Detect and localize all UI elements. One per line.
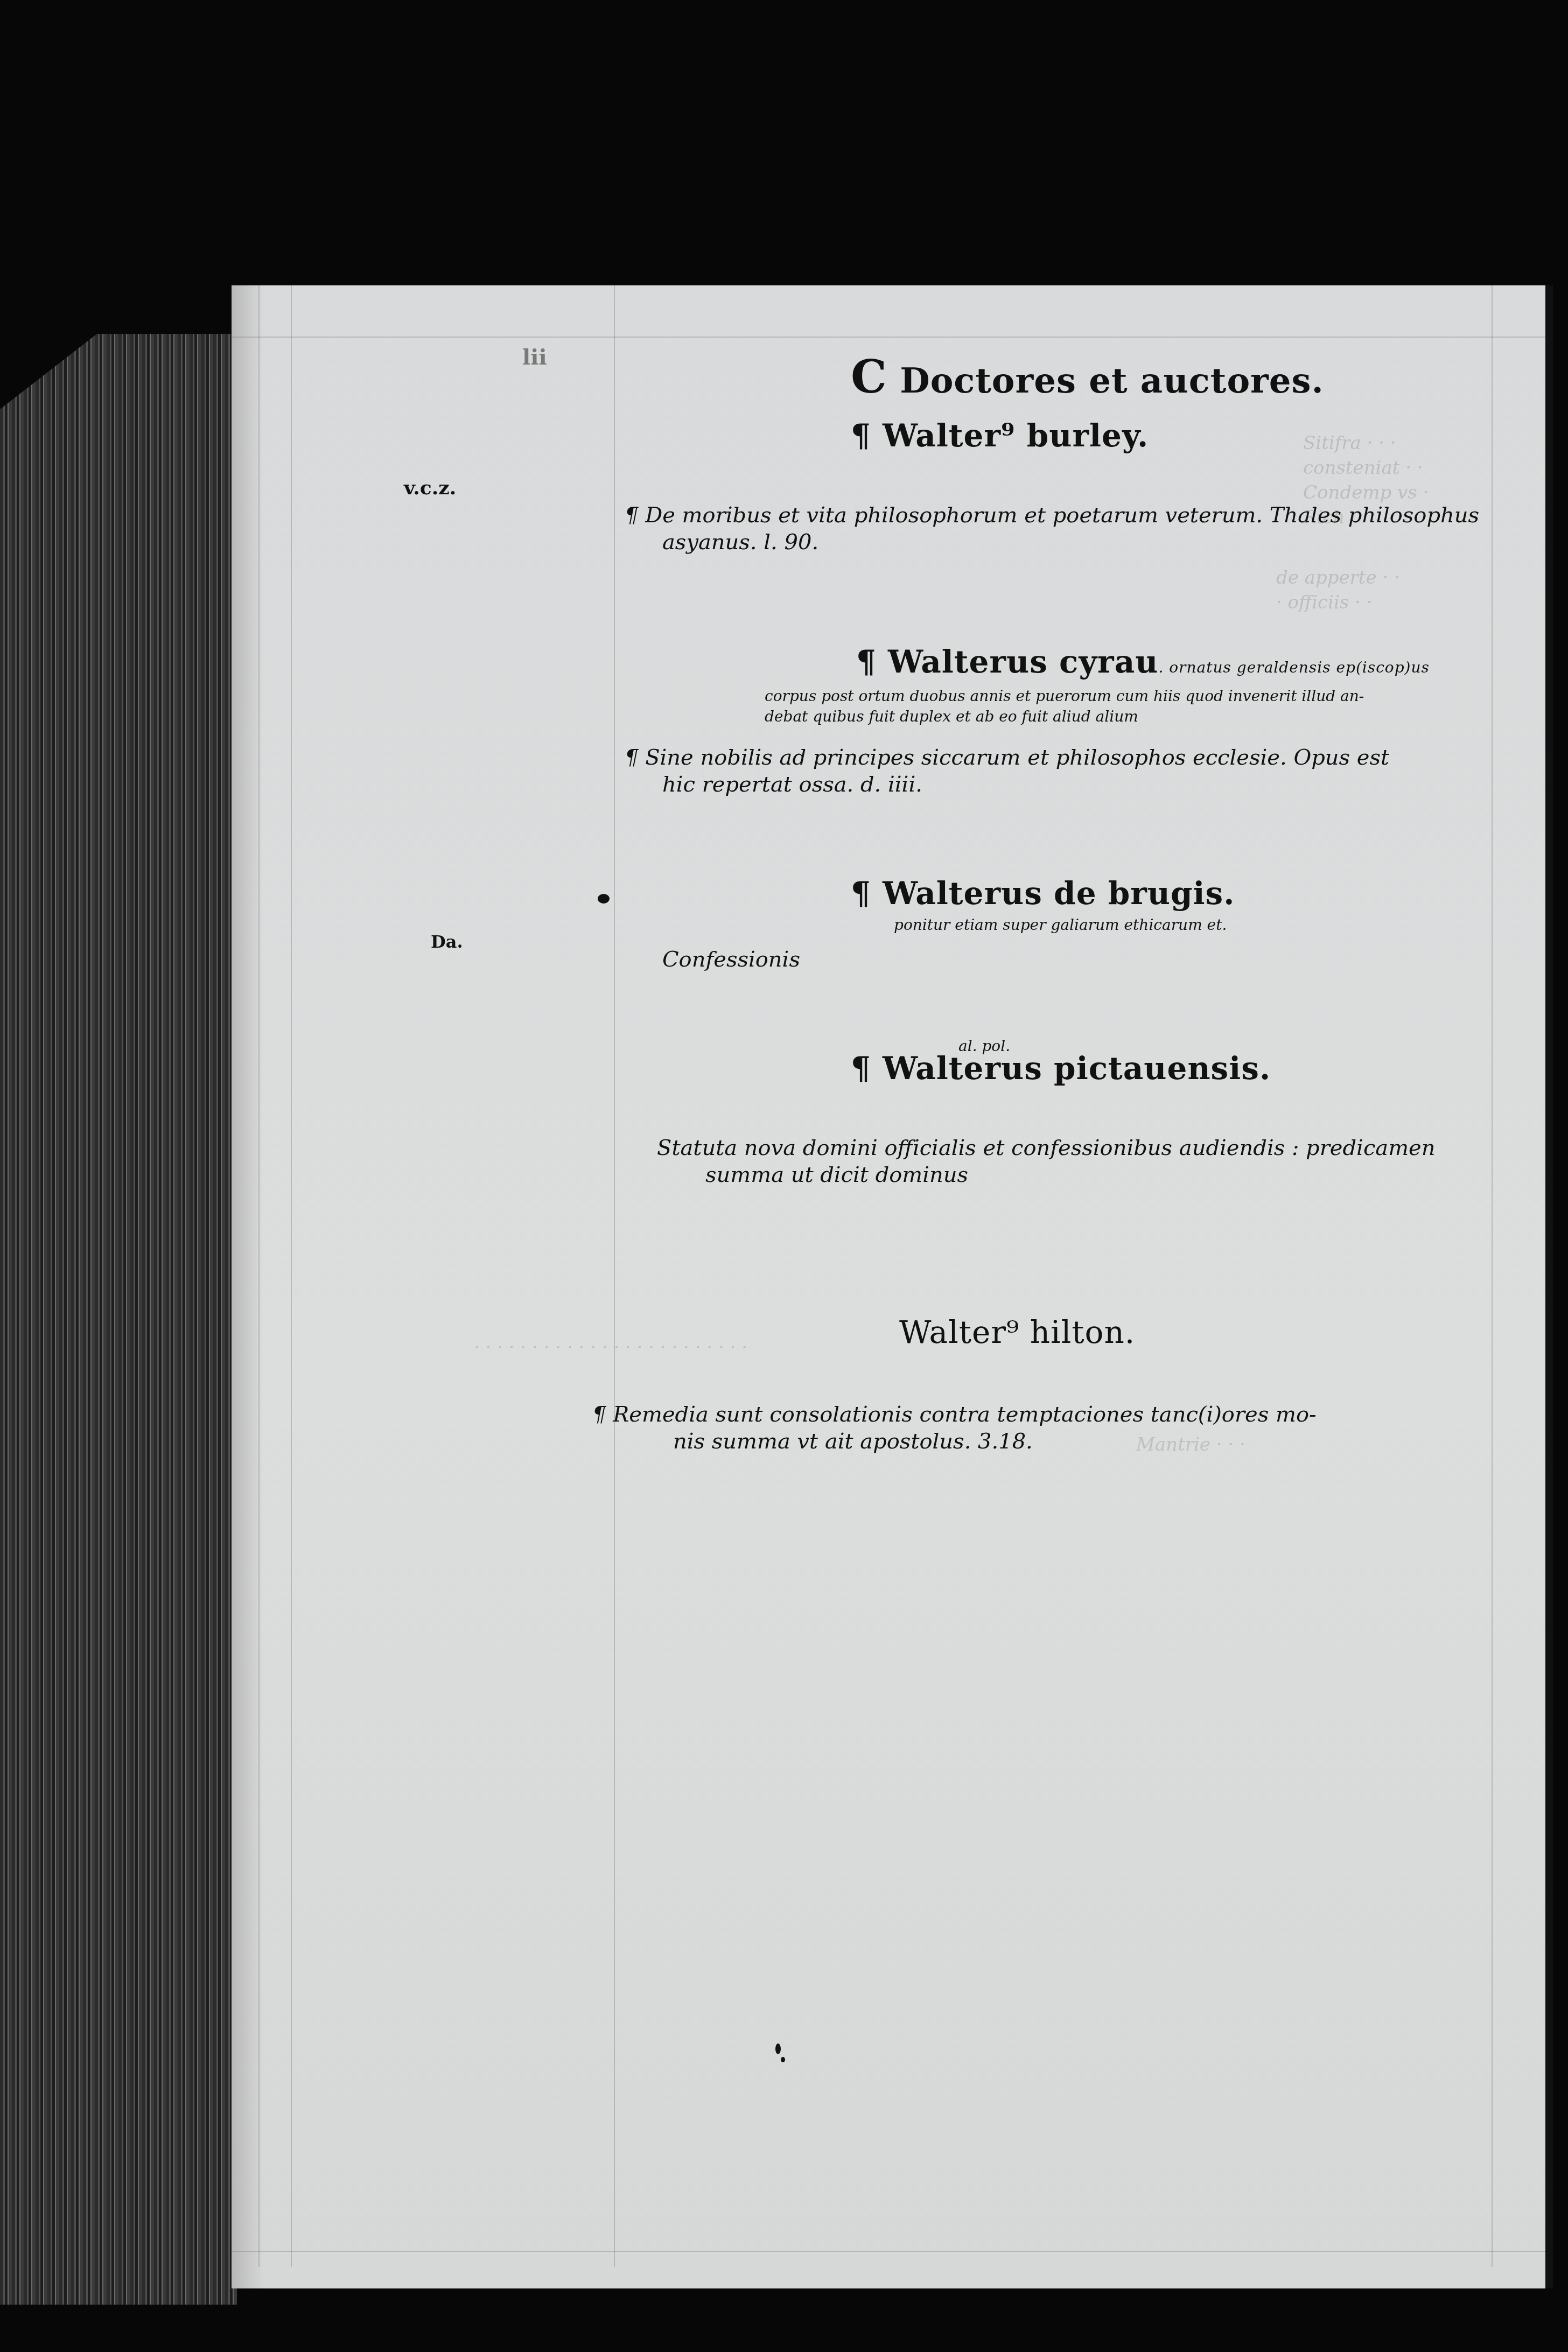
title-initial: C: [851, 350, 887, 403]
ink-speck: [781, 2057, 785, 2062]
entry-text-line: Statuta nova domini officialis et confes…: [657, 1133, 1436, 1163]
entry-text-line: ¶ Remedia sunt consolationis contra temp…: [592, 1400, 1317, 1429]
title-text: Doctores et auctores.: [900, 361, 1324, 401]
entry-text-line: asyanus. l. 90.: [662, 528, 818, 557]
ruling-line: [232, 2251, 1545, 2252]
paragraph-mark-icon: ¶: [856, 643, 877, 680]
book-text-block-edge: [0, 334, 237, 2305]
entry-text-line: ¶ De moribus et vita philosophorum et po…: [625, 501, 1479, 530]
ink-speck: [775, 2043, 781, 2054]
ruling-line: [291, 285, 292, 2267]
ruling-line: [232, 337, 1545, 338]
gloss-line: ponitur etiam super galiarum ethicarum e…: [894, 915, 1227, 935]
ruling-line: [614, 285, 615, 2267]
author-name: Walterus cyrau: [888, 643, 1158, 680]
author-name: Walter⁹ burley.: [883, 417, 1149, 454]
paragraph-mark-icon: ¶: [851, 1050, 871, 1087]
show-through-text: Mantrie · · ·: [1136, 1432, 1245, 1457]
ink-dot: [598, 894, 610, 904]
entry-heading: ¶ Walterus de brugis.: [851, 875, 1235, 912]
ruling-line: [1492, 285, 1493, 2267]
entry-heading: ¶ Walter⁹ burley.: [851, 417, 1149, 454]
manuscript-page: Sitifra · · ·consteniat · ·Condemp vs ·R…: [232, 285, 1553, 2288]
entry-heading: ¶ Walterus cyrau. ornatus geraldensis ep…: [856, 643, 1430, 680]
paragraph-mark-icon: ¶: [851, 417, 871, 454]
entry-text-line: nis summa vt ait apostolus. 3.18.: [673, 1427, 1033, 1456]
author-name: Walterus pictauensis.: [883, 1050, 1271, 1087]
ruling-line: [258, 285, 260, 2267]
entry-text-line: Confessionis: [662, 945, 800, 974]
entry-text-line: ¶ Sine nobilis ad principes siccarum et …: [625, 743, 1389, 772]
margin-note: Da.: [431, 932, 463, 952]
entry-heading: ¶ Walterus pictauensis.: [851, 1050, 1271, 1087]
folio-number: lii: [522, 345, 547, 370]
gloss-line: debat quibus fuit duplex et ab eo fuit a…: [765, 707, 1138, 726]
author-name: Walterus de brugis.: [883, 875, 1235, 912]
page-title: C Doctores et auctores.: [851, 350, 1324, 403]
entry-heading: Walter⁹ hilton.: [899, 1314, 1135, 1350]
entry-text-line: summa ut dicit dominus: [705, 1160, 968, 1189]
entry-text-line: hic repertat ossa. d. iiii.: [662, 770, 922, 799]
gloss-line: corpus post ortum duobus annis et pueror…: [765, 687, 1364, 706]
paragraph-mark-icon: ¶: [851, 875, 871, 912]
margin-note: v.c.z.: [404, 477, 456, 499]
show-through-text: de apperte · ·· officiis · ·: [1276, 565, 1400, 615]
heading-gloss: . ornatus geraldensis ep(iscop)us: [1158, 659, 1430, 676]
